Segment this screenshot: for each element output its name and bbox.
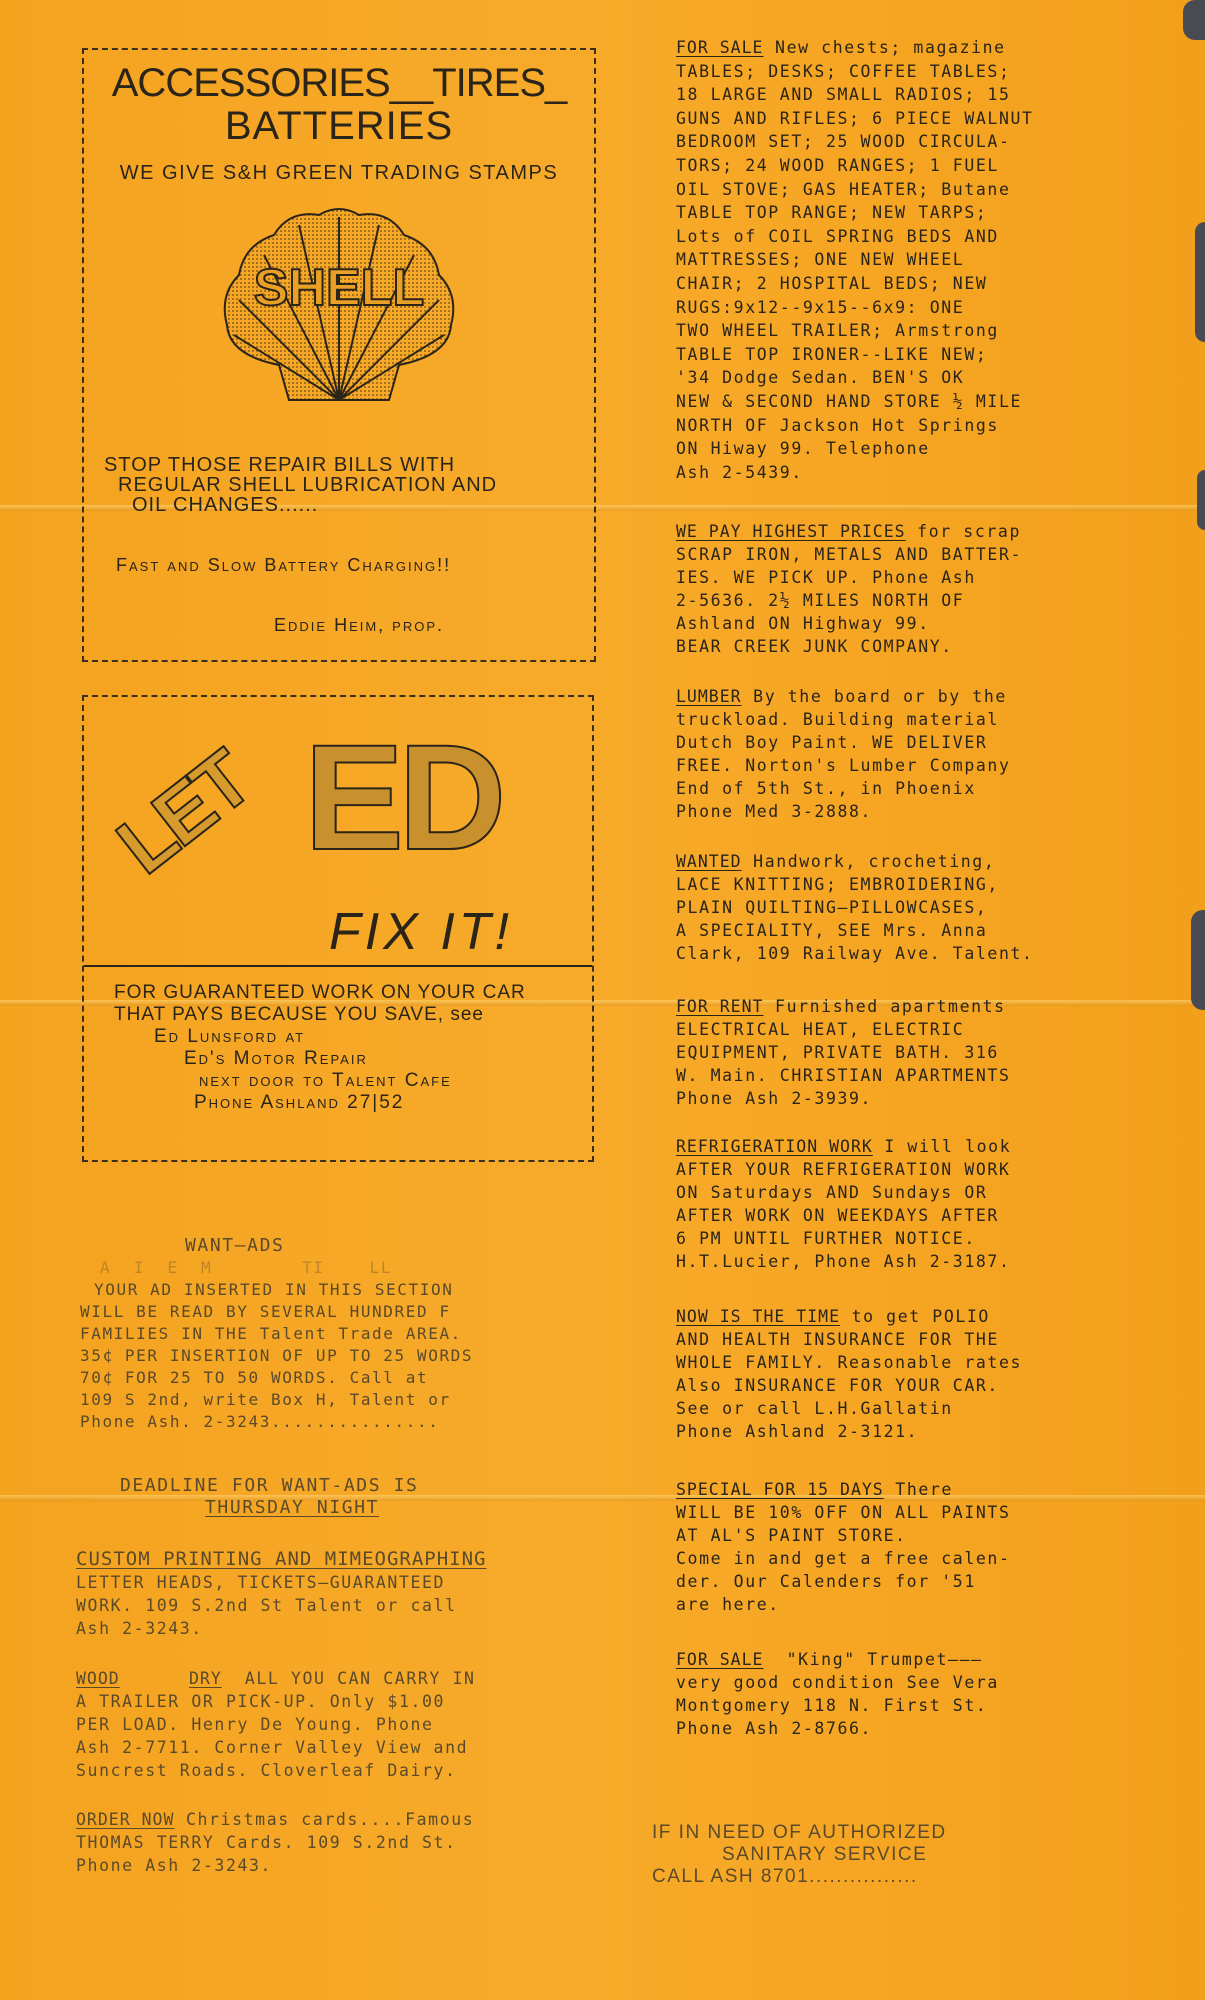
ad-line: PLAIN QUILTING—PILLOWCASES, [676,896,1034,919]
ed-name: ED [304,722,500,872]
shell-body-line: REGULAR SHELL LUBRICATION AND [104,475,497,495]
ad-line: Montgomery 118 N. First St. [676,1694,999,1717]
ad-line: New chests; magazine [775,38,1006,57]
ad-line: 2-5636. 2½ MILES NORTH OF [676,589,1022,612]
ad-line: "King" Trumpet——— [787,1650,983,1669]
ad-line: Ash 2-3243. [76,1617,487,1640]
ed-body-line: Phone Ashland 27|52 [114,1092,526,1114]
ed-body-line: Ed's Motor Repair [114,1048,526,1070]
ad-line: GUNS AND RIFLES; 6 PIECE WALNUT [676,107,1034,131]
shell-headline-2: BATTERIES [84,104,594,148]
ad-heading: FOR SALE [676,1650,763,1669]
ad-for-sale-furniture: FOR SALE New chests; magazine TABLES; DE… [676,36,1034,484]
torn-edge [1197,470,1205,530]
shell-body-line: OIL CHANGES...... [104,495,497,515]
ad-line: Lots of COIL SPRING BEDS AND [676,225,1034,249]
ad-line: See or call L.H.Gallatin [676,1397,1022,1420]
ad-line: MATTRESSES; ONE NEW WHEEL [676,248,1034,272]
ad-line: Phone Ashland 2-3121. [676,1420,1022,1443]
want-ads-title: WANT—ADS [80,1235,473,1257]
ad-lumber: LUMBER By the board or by the truckload.… [676,685,1010,823]
ad-heading: WE PAY HIGHEST PRICES [676,522,906,541]
want-ads-faded-line: A I E M TI LL [80,1257,473,1279]
ad-line: A SPECIALITY, SEE Mrs. Anna [676,919,1034,942]
shell-proprietor: Eddie Heim, prop. [274,615,444,636]
ad-line: '34 Dodge Sedan. BEN'S OK [676,366,1034,390]
ad-heading: ORDER NOW [76,1810,174,1829]
ad-heading: FOR RENT [676,997,763,1016]
want-ads-line: YOUR AD INSERTED IN THIS SECTION [80,1279,473,1301]
ad-line: truckload. Building material [676,708,1010,731]
ad-line: NORTH OF Jackson Hot Springs [676,414,1034,438]
ad-line: BEAR CREEK JUNK COMPANY. [676,635,1022,658]
want-ads-line: WILL BE READ BY SEVERAL HUNDRED F [80,1301,473,1323]
ad-trumpet: FOR SALE "King" Trumpet——— very good con… [676,1648,999,1740]
shell-body-line: STOP THOSE REPAIR BILLS WITH [104,455,497,475]
shell-headline-1: ACCESSORIES__TIRES_ [84,62,594,104]
deadline-line: DEADLINE FOR WANT-ADS IS [120,1475,419,1497]
ad-line: Furnished apartments [775,997,1006,1016]
deadline-day: THURSDAY NIGHT [120,1497,419,1519]
ed-divider [84,965,592,967]
ad-line: I will look [884,1137,1011,1156]
ad-line: By the board or by the [753,687,1007,706]
shell-stamps: WE GIVE S&H GREEN TRADING STAMPS [84,162,594,185]
ad-line: TABLE TOP RANGE; NEW TARPS; [676,201,1034,225]
ad-line: WILL BE 10% OFF ON ALL PAINTS [676,1501,1010,1524]
ad-line: Phone Ash 2-8766. [676,1717,999,1740]
want-ads-line: Phone Ash. 2-3243............... [80,1411,473,1433]
ad-line: Christmas cards....Famous [186,1810,474,1829]
ad-line: FREE. Norton's Lumber Company [676,754,1010,777]
ad-line: Phone Ash 2-3243. [76,1854,474,1877]
ad-heading: WANTED [676,852,742,871]
ad-line: SANITARY SERVICE [652,1844,947,1866]
ad-sanitary: IF IN NEED OF AUTHORIZED SANITARY SERVIC… [652,1822,947,1888]
want-ads-intro: WANT—ADS A I E M TI LL YOUR AD INSERTED … [80,1235,473,1433]
ed-body-line: Ed Lunsford at [114,1026,526,1048]
ad-line: W. Main. CHRISTIAN APARTMENTS [676,1064,1010,1087]
ad-heading: REFRIGERATION WORK [676,1137,873,1156]
ad-refrigeration: REFRIGERATION WORK I will look AFTER YOU… [676,1135,1011,1273]
ad-line: Phone Med 3-2888. [676,800,1010,823]
ad-line: CALL ASH 8701................ [652,1866,947,1888]
ad-insurance: NOW IS THE TIME to get POLIO AND HEALTH … [676,1305,1022,1443]
ad-line: WORK. 109 S.2nd St Talent or call [76,1594,487,1617]
ad-line: 6 PM UNTIL FURTHER NOTICE. [676,1227,1011,1250]
ad-wood: WOOD DRY ALL YOU CAN CARRY IN A TRAILER … [76,1667,476,1782]
ad-line: TABLES; DESKS; COFFEE TABLES; [676,60,1034,84]
ed-body-line: THAT PAYS BECAUSE YOU SAVE, see [114,1004,526,1026]
shell-battery: Fast and Slow Battery Charging!! [116,555,451,576]
ed-body-line: next door to Talent Cafe [114,1070,526,1092]
ad-line: Also INSURANCE FOR YOUR CAR. [676,1374,1022,1397]
ad-line: THOMAS TERRY Cards. 109 S.2nd St. [76,1831,474,1854]
ad-line: OIL STOVE; GAS HEATER; Butane [676,178,1034,202]
want-ads-line: 70¢ FOR 25 TO 50 WORDS. Call at [80,1367,473,1389]
ad-line: ON Hiway 99. Telephone [676,437,1034,461]
ad-line: A TRAILER OR PICK-UP. Only $1.00 [76,1690,476,1713]
ad-wanted: WANTED Handwork, crocheting, LACE KNITTI… [676,850,1034,965]
ad-line: PER LOAD. Henry De Young. Phone [76,1713,476,1736]
ad-heading-2: DRY [189,1669,222,1688]
ad-line: TWO WHEEL TRAILER; Armstrong [676,319,1034,343]
ad-line: H.T.Lucier, Phone Ash 2-3187. [676,1250,1011,1273]
ad-line: WHOLE FAMILY. Reasonable rates [676,1351,1022,1374]
ad-line: LETTER HEADS, TICKETS—GUARANTEED [76,1571,487,1594]
ad-line: TORS; 24 WOOD RANGES; 1 FUEL [676,154,1034,178]
ad-line: Ash 2-5439. [676,461,1034,485]
ad-line: Handwork, crocheting, [753,852,995,871]
ad-line: CHAIR; 2 HOSPITAL BEDS; NEW [676,272,1034,296]
shell-ad: ACCESSORIES__TIRES_ BATTERIES WE GIVE S&… [82,48,596,662]
ad-scrap: WE PAY HIGHEST PRICES for scrap SCRAP IR… [676,520,1022,658]
ad-line: 18 LARGE AND SMALL RADIOS; 15 [676,83,1034,107]
ad-line: IF IN NEED OF AUTHORIZED [652,1822,947,1844]
ad-line: Suncrest Roads. Cloverleaf Dairy. [76,1759,476,1782]
ad-line: RUGS:9x12--9x15--6x9: ONE [676,296,1034,320]
torn-edge [1195,222,1205,342]
ad-heading: LUMBER [676,687,742,706]
want-ads-deadline: DEADLINE FOR WANT-ADS IS THURSDAY NIGHT [120,1475,419,1519]
ad-line: AFTER YOUR REFRIGERATION WORK [676,1158,1011,1181]
ad-line: AND HEALTH INSURANCE FOR THE [676,1328,1022,1351]
ed-body-line: FOR GUARANTEED WORK ON YOUR CAR [114,982,526,1004]
ad-line: EQUIPMENT, PRIVATE BATH. 316 [676,1041,1010,1064]
ad-line: Ashland ON Highway 99. [676,612,1022,635]
ad-line: Dutch Boy Paint. WE DELIVER [676,731,1010,754]
ad-for-rent: FOR RENT Furnished apartments ELECTRICAL… [676,995,1010,1110]
ad-line: AFTER WORK ON WEEKDAYS AFTER [676,1204,1011,1227]
ad-line: der. Our Calenders for '51 [676,1570,1010,1593]
ad-line: Come in and get a free calen- [676,1547,1010,1570]
ad-line: End of 5th St., in Phoenix [676,777,1010,800]
ad-paint-special: SPECIAL FOR 15 DAYS There WILL BE 10% OF… [676,1478,1010,1616]
want-ads-line: FAMILIES IN THE Talent Trade AREA. [80,1323,473,1345]
svg-text:SHELL: SHELL [254,259,424,317]
ad-line: Clark, 109 Railway Ave. Talent. [676,942,1034,965]
ed-let: LET [100,734,266,892]
ad-line: SCRAP IRON, METALS AND BATTER- [676,543,1022,566]
ad-line: NEW & SECOND HAND STORE ½ MILE [676,390,1034,414]
ad-heading: CUSTOM PRINTING AND MIMEOGRAPHING [76,1548,487,1571]
ad-line: ON Saturdays AND Sundays OR [676,1181,1011,1204]
ad-line: very good condition See Vera [676,1671,999,1694]
ad-line: ELECTRICAL HEAT, ELECTRIC [676,1018,1010,1041]
torn-edge [1183,0,1205,40]
ad-line: TABLE TOP IRONER--LIKE NEW; [676,343,1034,367]
want-ads-line: 35¢ PER INSERTION OF UP TO 25 WORDS [80,1345,473,1367]
ed-body: FOR GUARANTEED WORK ON YOUR CAR THAT PAY… [114,982,526,1114]
ad-heading: FOR SALE [676,38,763,57]
ad-heading: SPECIAL FOR 15 DAYS [676,1480,884,1499]
ad-line: to get POLIO [852,1307,990,1326]
ad-line: IES. WE PICK UP. Phone Ash [676,566,1022,589]
ad-line: for scrap [917,522,1021,541]
ad-heading: NOW IS THE TIME [676,1307,840,1326]
shell-body: STOP THOSE REPAIR BILLS WITH REGULAR SHE… [104,455,497,515]
ad-line: Ash 2-7711. Corner Valley View and [76,1736,476,1759]
ad-line: are here. [676,1593,1010,1616]
ad-heading: WOOD [76,1669,120,1688]
ad-line: LACE KNITTING; EMBROIDERING, [676,873,1034,896]
ad-line: ALL YOU CAN CARRY IN [245,1669,476,1688]
ad-line: BEDROOM SET; 25 WOOD CIRCULA- [676,130,1034,154]
ad-line: Phone Ash 2-3939. [676,1087,1010,1110]
ad-line: There [895,1480,953,1499]
shell-logo-icon: SHELL [219,205,459,405]
torn-edge [1191,910,1205,1010]
ad-order-now: ORDER NOW Christmas cards....Famous THOM… [76,1808,474,1877]
ad-custom-printing: CUSTOM PRINTING AND MIMEOGRAPHING LETTER… [76,1548,487,1640]
want-ads-line: 109 S 2nd, write Box H, Talent or [80,1389,473,1411]
ad-line: AT AL'S PAINT STORE. [676,1524,1010,1547]
ed-fix-it: FIX IT! [329,902,513,962]
ed-ad: LET ED FIX IT! FOR GUARANTEED WORK ON YO… [82,695,594,1162]
